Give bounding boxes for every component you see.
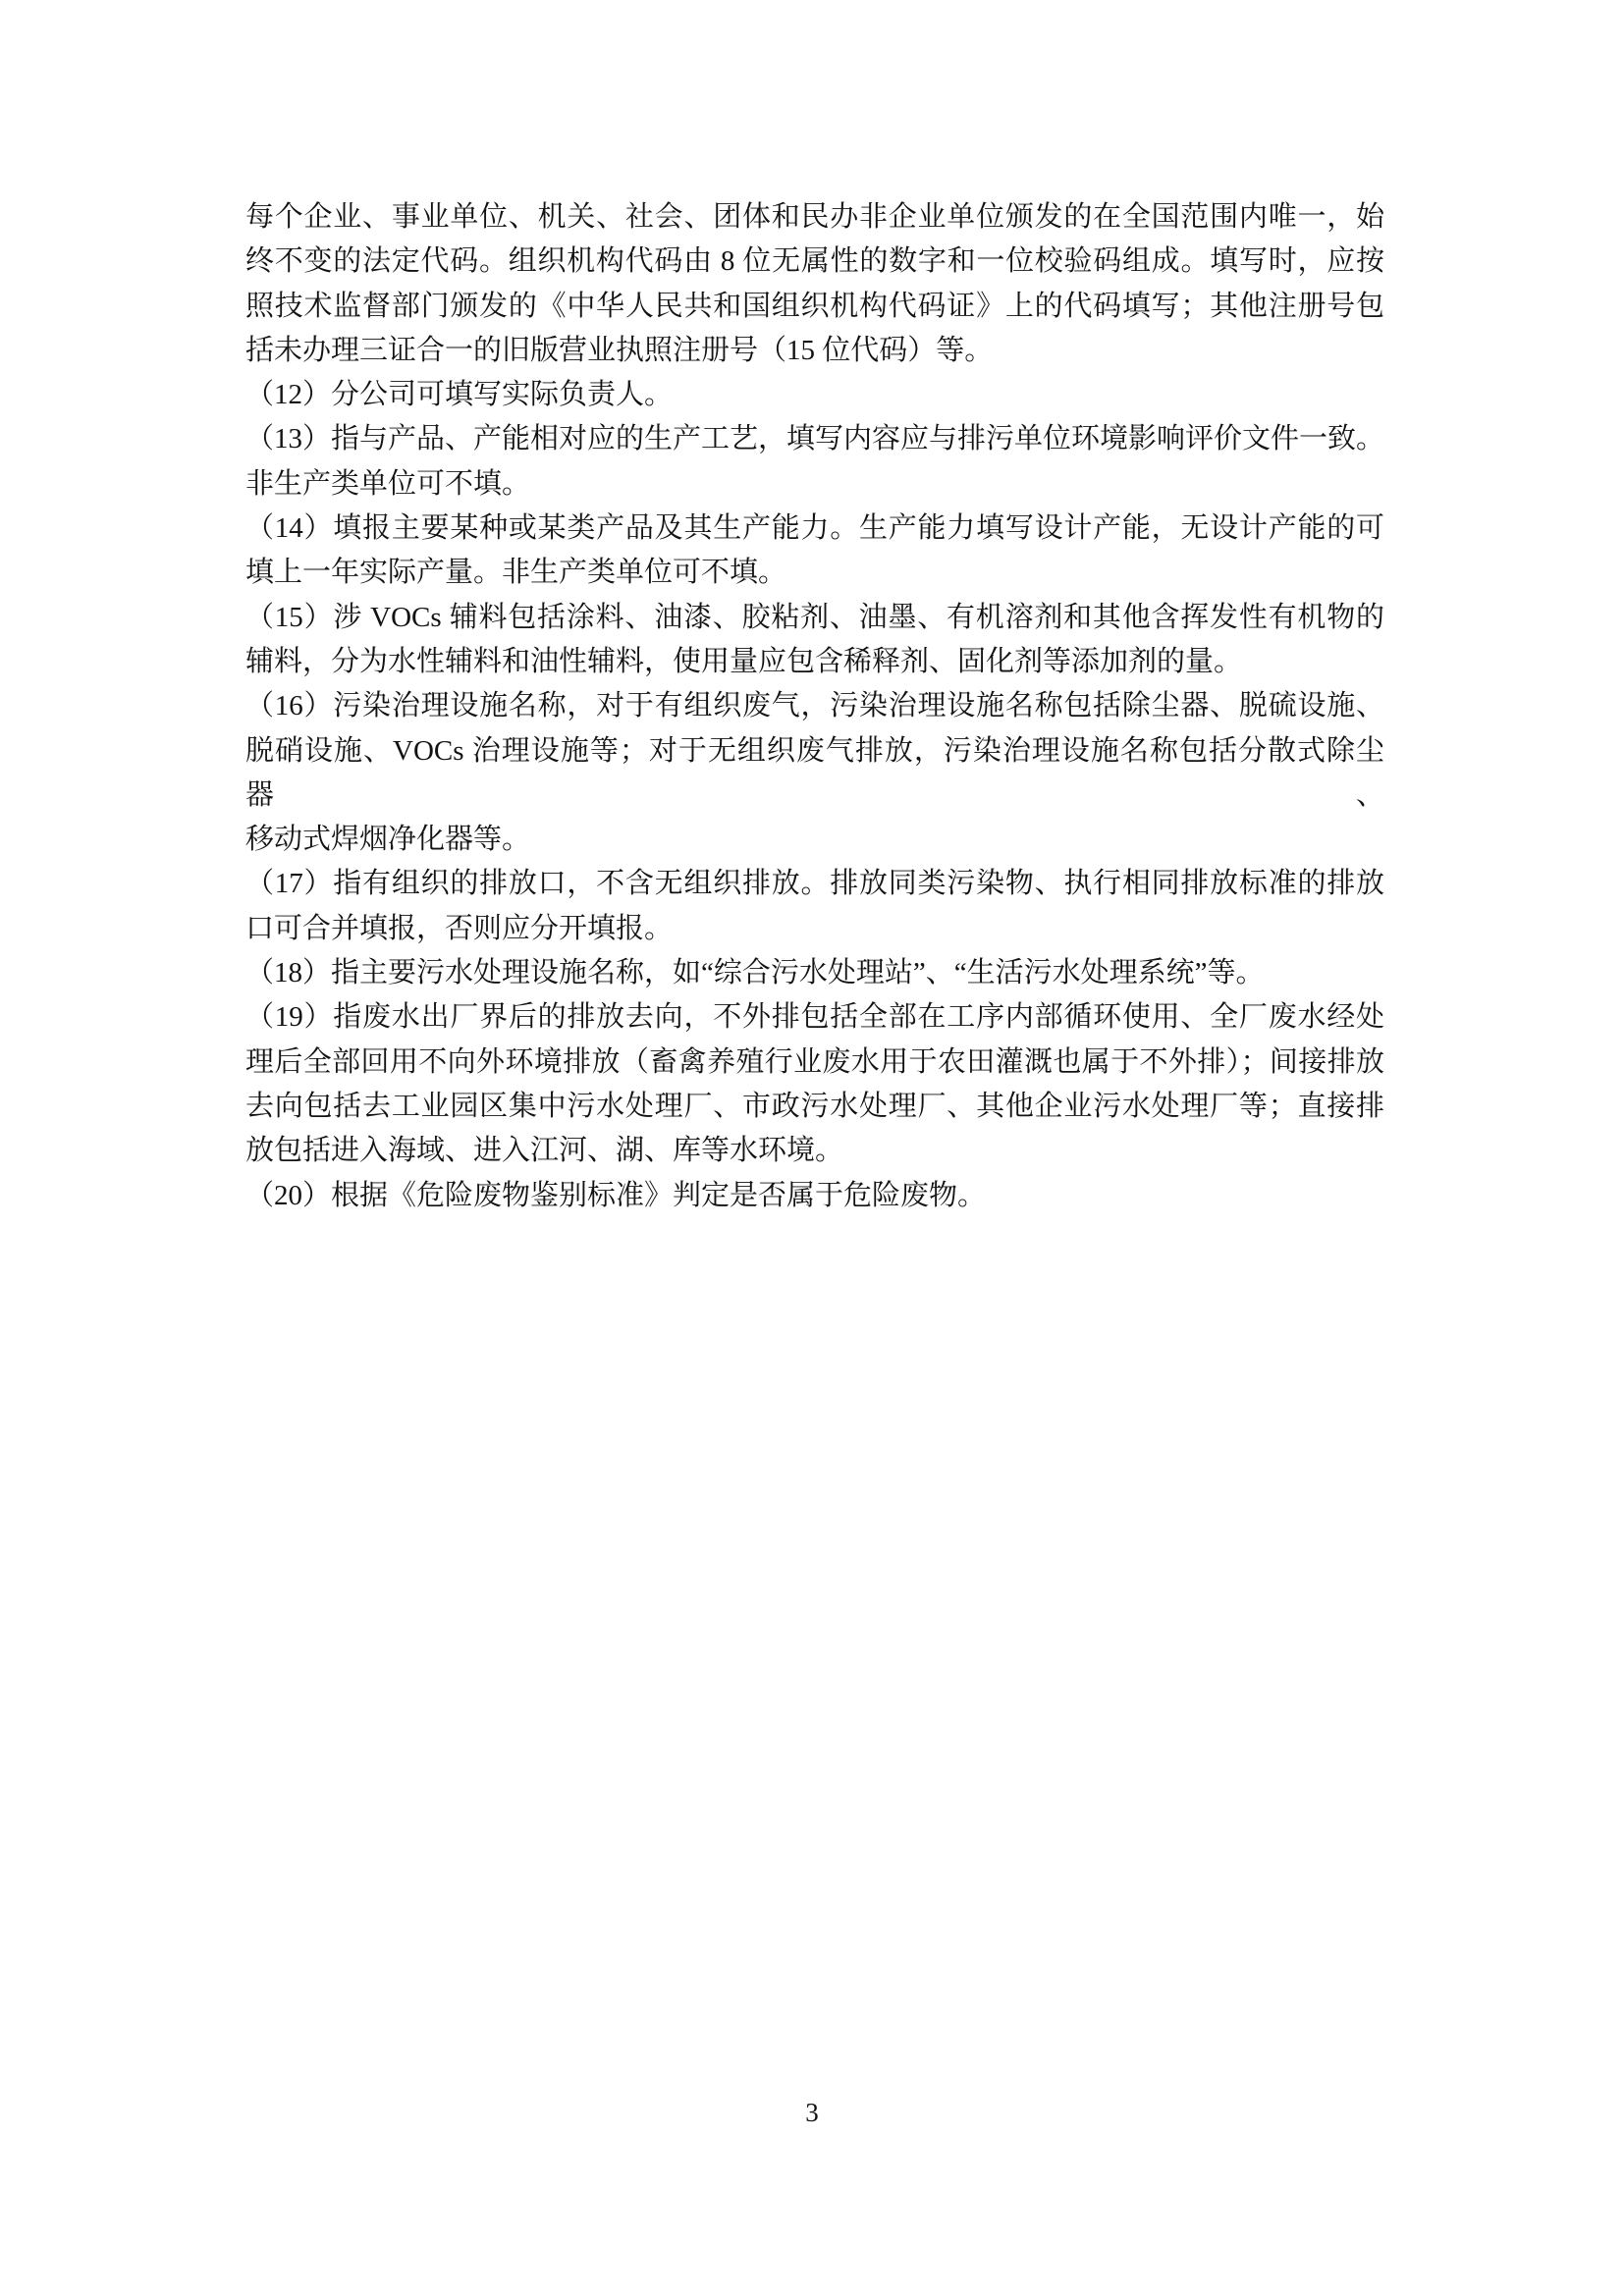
text-line: （20）根据《危险废物鉴别标准》判定是否属于危险废物。 [245, 1174, 1384, 1218]
text-line: 口可合并填报，否则应分开填报。 [245, 907, 1384, 951]
paragraph-note-12: （12）分公司可填写实际负责人。 [245, 373, 1384, 417]
text-line: （16）污染治理设施名称，对于有组织废气，污染治理设施名称包括除尘器、脱硫设施、 [245, 684, 1384, 728]
paragraph-note-17: （17）指有组织的排放口，不含无组织排放。排放同类污染物、执行相同排放标准的排放… [245, 862, 1384, 951]
text-line: 放包括进入海域、进入江河、湖、库等水环境。 [245, 1129, 1384, 1173]
page-number: 3 [0, 2096, 1624, 2129]
text-line: 去向包括去工业园区集中污水处理厂、市政污水处理厂、其他企业污水处理厂等；直接排 [245, 1085, 1384, 1129]
text-line: （14）填报主要某种或某类产品及其生产能力。生产能力填写设计产能，无设计产能的可 [245, 507, 1384, 551]
paragraph-note-15: （15）涉 VOCs 辅料包括涂料、油漆、胶粘剂、油墨、有机溶剂和其他含挥发性有… [245, 596, 1384, 685]
document-page: 每个企业、事业单位、机关、社会、团体和民办非企业单位颁发的在全国范围内唯一，始 … [0, 0, 1624, 2296]
text-line: 辅料，分为水性辅料和油性辅料，使用量应包含稀释剂、固化剂等添加剂的量。 [245, 640, 1384, 684]
text-line: （17）指有组织的排放口，不含无组织排放。排放同类污染物、执行相同排放标准的排放 [245, 862, 1384, 906]
text-line: （18）指主要污水处理设施名称，如“综合污水处理站”、“生活污水处理系统”等。 [245, 951, 1384, 995]
text-line: 终不变的法定代码。组织机构代码由 8 位无属性的数字和一位校验码组成。填写时，应… [245, 240, 1384, 284]
text-line: 非生产类单位可不填。 [245, 462, 1384, 507]
text-line: 填上一年实际产量。非生产类单位可不填。 [245, 551, 1384, 595]
text-line: 脱硝设施、VOCs 治理设施等；对于无组织废气排放，污染治理设施名称包括分散式除… [245, 729, 1384, 819]
paragraph-note-19: （19）指废水出厂界后的排放去向，不外排包括全部在工序内部循环使用、全厂废水经处… [245, 995, 1384, 1173]
text-line: 照技术监督部门颁发的《中华人民共和国组织机构代码证》上的代码填写；其他注册号包 [245, 285, 1384, 329]
text-line: 括未办理三证合一的旧版营业执照注册号（15 位代码）等。 [245, 329, 1384, 373]
text-line: 理后全部回用不向外环境排放（畜禽养殖行业废水用于农田灌溉也属于不外排）；间接排放 [245, 1041, 1384, 1085]
text-line: 移动式焊烟净化器等。 [245, 818, 1384, 862]
paragraph-note-14: （14）填报主要某种或某类产品及其生产能力。生产能力填写设计产能，无设计产能的可… [245, 507, 1384, 596]
text-line: （19）指废水出厂界后的排放去向，不外排包括全部在工序内部循环使用、全厂废水经处 [245, 995, 1384, 1040]
text-line: （15）涉 VOCs 辅料包括涂料、油漆、胶粘剂、油墨、有机溶剂和其他含挥发性有… [245, 596, 1384, 640]
text-line: （12）分公司可填写实际负责人。 [245, 373, 1384, 417]
text-line: （13）指与产品、产能相对应的生产工艺，填写内容应与排污单位环境影响评价文件一致… [245, 417, 1384, 461]
paragraph-note-20: （20）根据《危险废物鉴别标准》判定是否属于危险废物。 [245, 1174, 1384, 1218]
text-line: 每个企业、事业单位、机关、社会、团体和民办非企业单位颁发的在全国范围内唯一，始 [245, 195, 1384, 240]
body-text: 每个企业、事业单位、机关、社会、团体和民办非企业单位颁发的在全国范围内唯一，始 … [245, 195, 1384, 1218]
paragraph-continuation: 每个企业、事业单位、机关、社会、团体和民办非企业单位颁发的在全国范围内唯一，始 … [245, 195, 1384, 373]
paragraph-note-13: （13）指与产品、产能相对应的生产工艺，填写内容应与排污单位环境影响评价文件一致… [245, 417, 1384, 507]
paragraph-note-16: （16）污染治理设施名称，对于有组织废气，污染治理设施名称包括除尘器、脱硫设施、… [245, 684, 1384, 862]
paragraph-note-18: （18）指主要污水处理设施名称，如“综合污水处理站”、“生活污水处理系统”等。 [245, 951, 1384, 995]
